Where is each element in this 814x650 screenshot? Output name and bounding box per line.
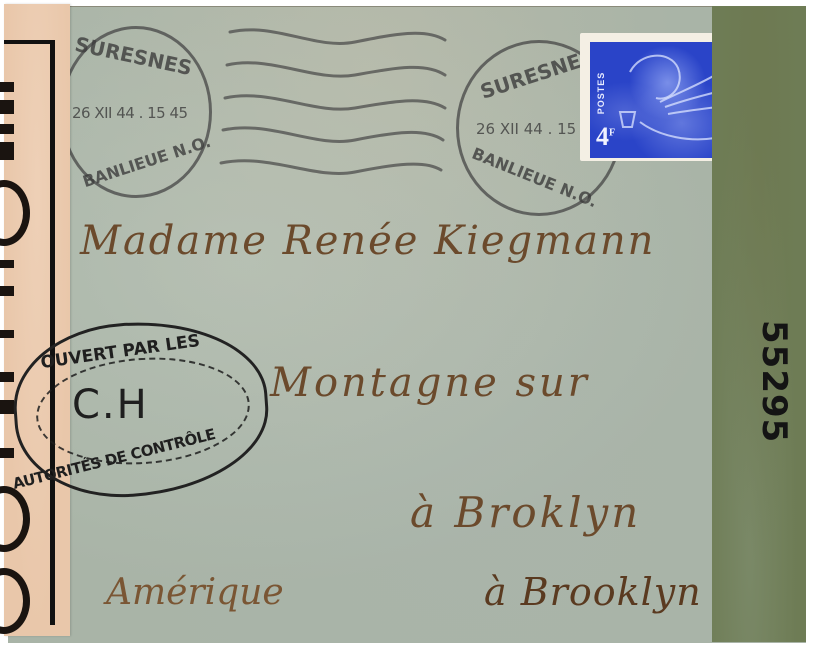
address-line-2: Montagne sur <box>270 360 590 406</box>
tape-letter-bar-icon <box>0 400 14 414</box>
address-line-1: Madame Renée Kiegmann <box>80 218 655 264</box>
postmark-left-date: 26 XII 44 . 15 45 <box>72 104 188 122</box>
censor-tape-number: 55295 <box>754 320 794 420</box>
tape-letter-bar-icon <box>0 372 14 382</box>
tape-letter-bar-icon <box>0 142 14 160</box>
tape-letter-bar-icon <box>0 100 14 114</box>
censor-handstamp-center: C.H <box>72 382 149 428</box>
tape-letter-bar-icon <box>0 260 14 268</box>
tape-letter-bar-icon <box>0 448 14 458</box>
tape-border-line <box>50 40 55 625</box>
address-line-4-city: à Brooklyn <box>484 570 702 614</box>
wavy-cancellation-icon <box>215 20 455 180</box>
stamp-value: 4 <box>596 122 609 151</box>
address-line-3: à Broklyn <box>410 488 641 537</box>
tape-border-line <box>4 40 52 44</box>
stamp-postes-label: POSTES <box>596 58 606 128</box>
tape-letter-bar-icon <box>0 82 14 92</box>
tape-letter-bar-icon <box>0 330 14 338</box>
stamp-denomination: 4F <box>596 122 615 152</box>
postmark-right-date: 26 XII 44 . 15 <box>476 120 576 138</box>
tape-letter-bar-icon <box>0 286 14 296</box>
tape-letter-bar-icon <box>0 124 14 134</box>
stamp-unit: F <box>609 127 615 138</box>
address-line-4-country: Amérique <box>106 572 284 613</box>
